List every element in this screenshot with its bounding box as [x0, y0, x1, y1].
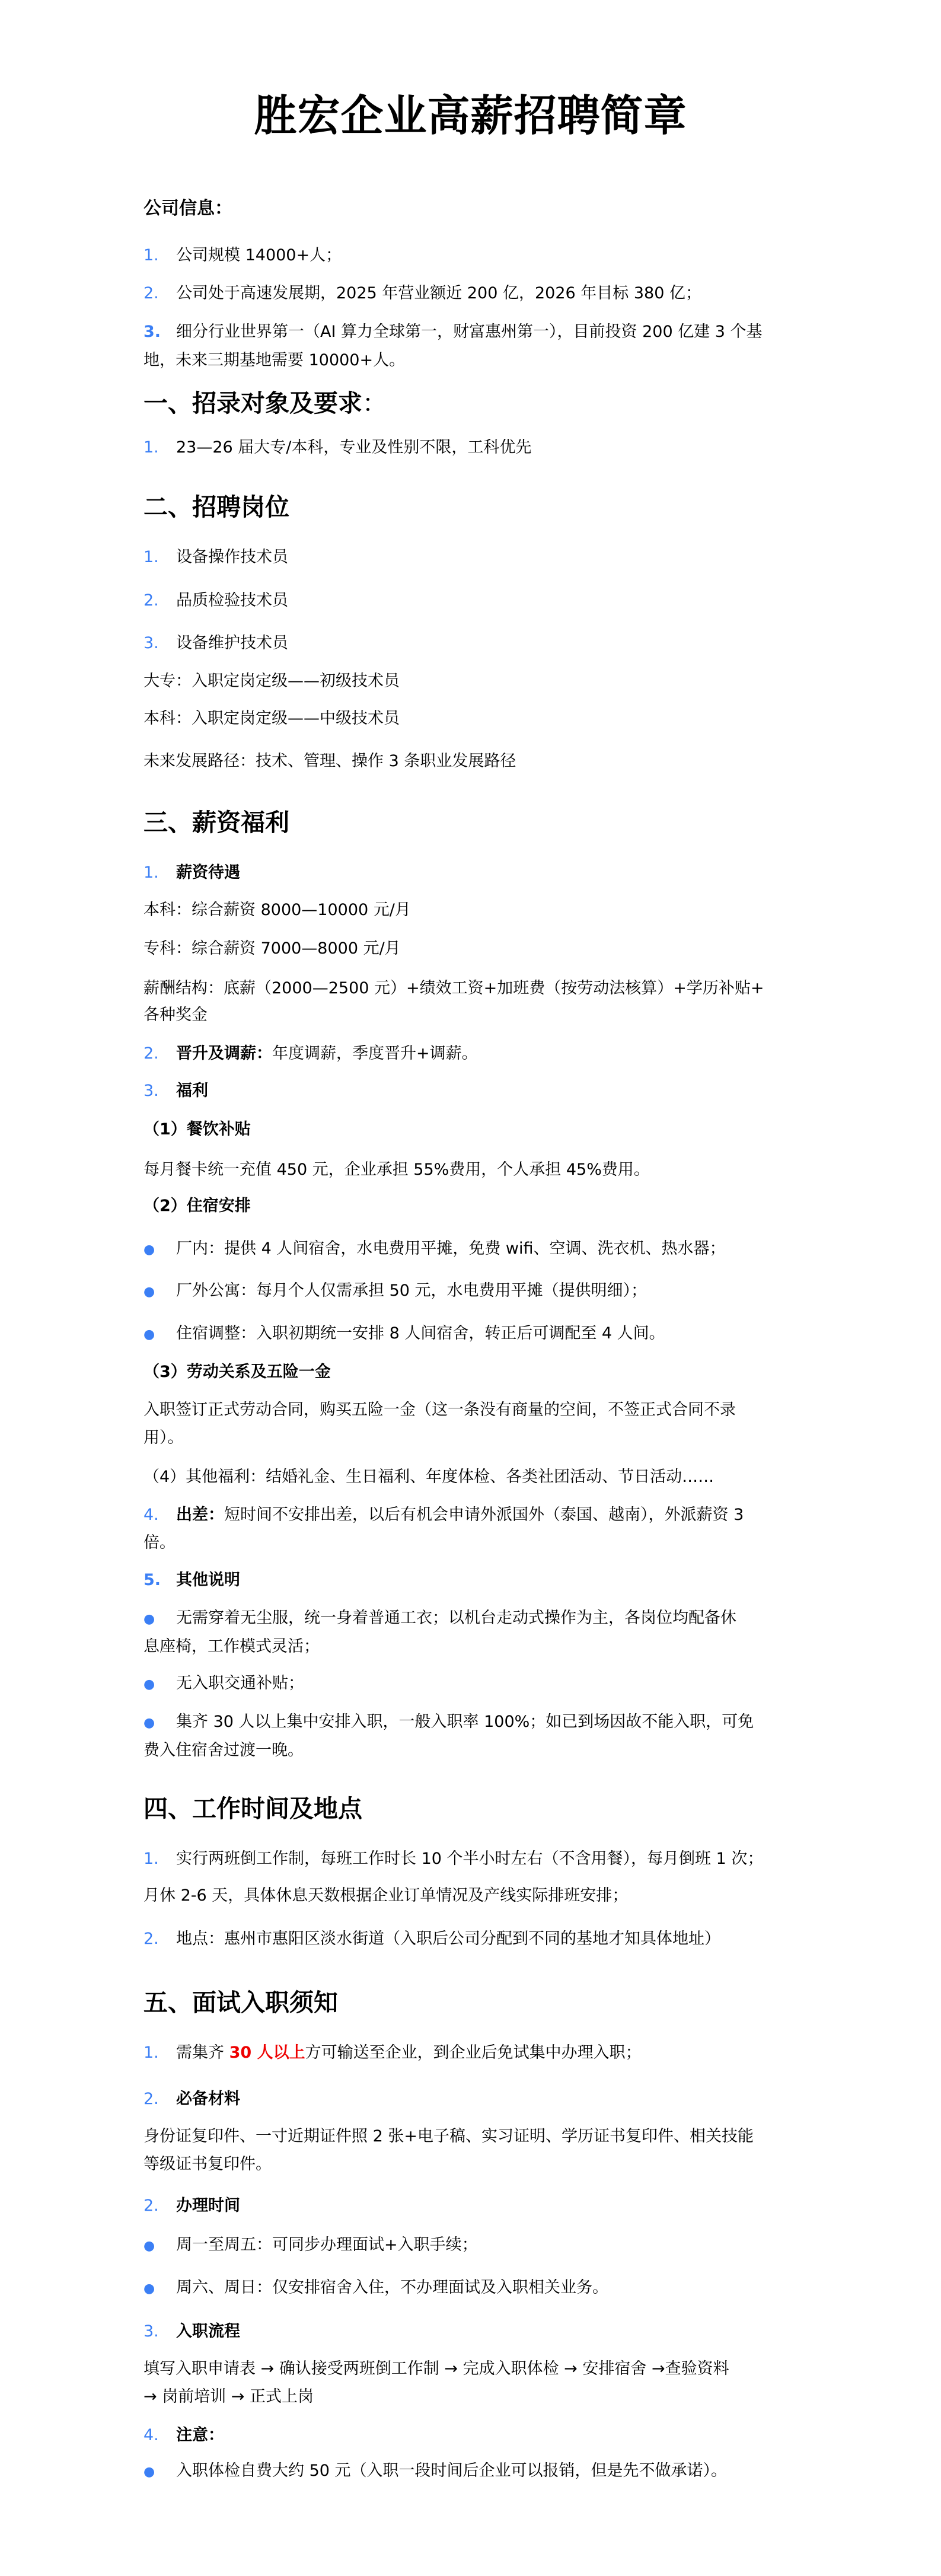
list-item-text: 短时间不安排出差，以后有机会申请外派国外（泰国、越南），外派薪资 3 — [224, 1506, 744, 1524]
list-item-text: 设备操作技术员 — [176, 548, 288, 566]
list-item-text: 设备维护技术员 — [176, 634, 288, 652]
bullet-icon: ● — [143, 1240, 176, 1260]
list-item: 2.办理时间 — [143, 2196, 240, 2216]
bullet-item: ●厂内：提供 4 人间宿舍，水电费用平摊，免费 wifi、空调、洗衣机、热水器； — [143, 1239, 726, 1260]
bullet-item: ●厂外公寓：每月个人仅需承担 50 元，水电费用平摊（提供明细）； — [143, 1281, 647, 1302]
list-item-continuation: 月休 2-6 天，具体休息天数根据企业订单情况及产线实际排班安排； — [143, 1886, 628, 1906]
list-item-text: 年度调薪，季度晋升+调薪。 — [272, 1044, 478, 1063]
bullet-icon: ● — [143, 1713, 176, 1733]
list-number: 2. — [143, 283, 176, 304]
bullet-text: 无需穿着无尘服，统一身着普通工衣；以机台走动式操作为主，各岗位均配备休 — [176, 1609, 736, 1627]
bullet-item: ●周一至周五：可同步办理面试+入职手续； — [143, 2235, 478, 2256]
list-number: 2. — [143, 591, 176, 611]
paragraph: 本科：入职定岗定级——中级技术员 — [143, 709, 400, 729]
list-item-title: 入职流程 — [176, 2322, 240, 2341]
sub-heading: （1）餐饮补贴 — [143, 1120, 251, 1140]
list-item-continuation: 地，未来三期基地需要 10000+人。 — [143, 350, 405, 371]
bullet-text: 厂内：提供 4 人间宿舍，水电费用平摊，免费 wifi、空调、洗衣机、热水器； — [176, 1239, 726, 1258]
section-heading-4: 四、工作时间及地点 — [143, 1794, 362, 1823]
list-item-title: 其他说明 — [176, 1571, 240, 1589]
bullet-icon: ● — [143, 2462, 176, 2482]
list-number: 1. — [143, 547, 176, 568]
sub-heading: （3）劳动关系及五险一金 — [143, 1362, 331, 1382]
paragraph: 大专：入职定岗定级——初级技术员 — [143, 671, 400, 691]
list-number: 2. — [143, 1929, 176, 1949]
bullet-text: 厂外公寓：每月个人仅需承担 50 元，水电费用平摊（提供明细）； — [176, 1281, 647, 1300]
list-number: 1. — [143, 246, 176, 266]
list-item-title: 办理时间 — [176, 2196, 240, 2215]
list-item: 3.细分行业世界第一（AI 算力全球第一，财富惠州第一），目前投资 200 亿建… — [143, 322, 763, 342]
list-item: 3.福利 — [143, 1081, 208, 1101]
list-item: 2.品质检验技术员 — [143, 591, 288, 611]
list-item: 1.公司规模 14000+人； — [143, 246, 342, 266]
section-heading-5: 五、面试入职须知 — [143, 1988, 338, 2017]
bullet-continuation: 费入住宿舍过渡一晚。 — [143, 1740, 304, 1761]
list-item-text: 公司处于高速发展期，2025 年营业额近 200 亿，2026 年目标 380 … — [176, 284, 701, 302]
paragraph: 未来发展路径：技术、管理、操作 3 条职业发展路径 — [143, 751, 516, 771]
list-item: 2.公司处于高速发展期，2025 年营业额近 200 亿，2026 年目标 38… — [143, 283, 701, 304]
paragraph-continuation: → 岗前培训 → 正式上岗 — [143, 2387, 314, 2407]
list-number: 2. — [143, 2196, 176, 2216]
bullet-item: ●周六、周日：仅安排宿舍入住，不办理面试及入职相关业务。 — [143, 2278, 608, 2299]
list-item: 1.需集齐 30 人以上方可输送至企业，到企业后免试集中办理入职； — [143, 2043, 642, 2063]
list-item-title: 出差： — [176, 1506, 224, 1524]
bullet-item: ●无入职交通补贴； — [143, 1673, 304, 1695]
section-heading-2: 二、招聘岗位 — [143, 492, 289, 522]
bullet-icon: ● — [143, 2279, 176, 2299]
list-number: 3. — [143, 1081, 176, 1101]
bullet-item: ●集齐 30 人以上集中安排入职，一般入职率 100%；如已到场因故不能入职，可… — [143, 1712, 754, 1733]
page-title: 胜宏企业高薪招聘简章 — [0, 89, 941, 142]
list-number: 4. — [143, 1505, 176, 1525]
list-item-title: 福利 — [176, 1082, 208, 1100]
list-number: 1. — [143, 1849, 176, 1869]
paragraph: 专科：综合薪资 7000—8000 元/月 — [143, 939, 401, 959]
list-item-title: 晋升及调薪： — [176, 1044, 272, 1063]
highlight-text: 30 人以上 — [229, 2043, 305, 2062]
bullet-continuation: 息座椅，工作模式灵活； — [143, 1637, 320, 1657]
list-item: 5.其他说明 — [143, 1570, 240, 1590]
list-item-title: 必备材料 — [176, 2090, 240, 2108]
paragraph-continuation: 用）。 — [143, 1428, 184, 1448]
list-number: 1. — [143, 863, 176, 883]
paragraph-continuation: 各种奖金 — [143, 1005, 208, 1025]
list-item: 4.出差：短时间不安排出差，以后有机会申请外派国外（泰国、越南），外派薪资 3 — [143, 1505, 744, 1525]
paragraph: 身份证复印件、一寸近期证件照 2 张+电子稿、实习证明、学历证书复印件、相关技能 — [143, 2127, 754, 2147]
list-item-text: 地点：惠州市惠阳区淡水街道（入职后公司分配到不同的基地才知具体地址） — [176, 1930, 720, 1948]
paragraph: 入职签订正式劳动合同，购买五险一金（这一条没有商量的空间，不签正式合同不录 — [143, 1400, 736, 1420]
list-item: 2.地点：惠州市惠阳区淡水街道（入职后公司分配到不同的基地才知具体地址） — [143, 1929, 720, 1949]
list-item: 1.薪资待遇 — [143, 863, 240, 883]
list-item: 2.必备材料 — [143, 2089, 240, 2109]
list-number: 5. — [143, 1570, 176, 1590]
heading-colon: ： — [362, 389, 387, 417]
bullet-text: 集齐 30 人以上集中安排入职，一般入职率 100%；如已到场因故不能入职，可免 — [176, 1713, 754, 1731]
list-item: 1.实行两班倒工作制，每班工作时长 10 个半小时左右（不含用餐），每月倒班 1… — [143, 1849, 763, 1869]
paragraph: 薪酬结构：底薪（2000—2500 元）+绩效工资+加班费（按劳动法核算）+学历… — [143, 978, 764, 999]
section-heading-3: 三、薪资福利 — [143, 808, 289, 837]
list-item-text: 方可输送至企业，到企业后免试集中办理入职； — [305, 2043, 642, 2062]
list-item: 3.设备维护技术员 — [143, 633, 288, 653]
list-number: 3. — [143, 633, 176, 653]
list-number: 1. — [143, 2043, 176, 2063]
list-item-text: 需集齐 — [176, 2043, 229, 2062]
bullet-item: ●无需穿着无尘服，统一身着普通工衣；以机台走动式操作为主，各岗位均配备休 — [143, 1608, 736, 1630]
list-item-continuation: 倍。 — [143, 1533, 176, 1553]
bullet-icon: ● — [143, 1675, 176, 1695]
list-number: 2. — [143, 2089, 176, 2109]
paragraph: 每月餐卡统一充值 450 元，企业承担 55%费用，个人承担 45%费用。 — [143, 1160, 650, 1180]
list-item-text: 公司规模 14000+人； — [176, 246, 342, 264]
list-number: 4. — [143, 2425, 176, 2446]
list-item-title: 薪资待遇 — [176, 863, 240, 882]
bullet-text: 周一至周五：可同步办理面试+入职手续； — [176, 2236, 478, 2254]
list-item-text: 23—26 届大专/本科，专业及性别不限，工科优先 — [176, 438, 531, 457]
bullet-icon: ● — [143, 2236, 176, 2256]
bullet-text: 住宿调整：入职初期统一安排 8 人间宿舍，转正后可调配至 4 人间。 — [176, 1324, 665, 1343]
bullet-icon: ● — [143, 1282, 176, 1302]
list-number: 3. — [143, 322, 176, 342]
paragraph: 本科：综合薪资 8000—10000 元/月 — [143, 900, 411, 920]
bullet-icon: ● — [143, 1325, 176, 1345]
list-item-text: 细分行业世界第一（AI 算力全球第一，财富惠州第一），目前投资 200 亿建 3… — [176, 323, 763, 341]
bullet-text: 周六、周日：仅安排宿舍入住，不办理面试及入职相关业务。 — [176, 2278, 608, 2297]
list-item: 1.23—26 届大专/本科，专业及性别不限，工科优先 — [143, 438, 531, 458]
bullet-item: ●入职体检自费大约 50 元（入职一段时间后企业可以报销，但是先不做承诺）。 — [143, 2461, 727, 2482]
list-number: 2. — [143, 1044, 176, 1064]
bullet-item: ●住宿调整：入职初期统一安排 8 人间宿舍，转正后可调配至 4 人间。 — [143, 1324, 665, 1345]
paragraph: 填写入职申请表 → 确认接受两班倒工作制 → 完成入职体检 → 安排宿舍 →查验… — [143, 2359, 729, 2379]
list-item-title: 注意： — [176, 2426, 224, 2444]
list-item-text: 实行两班倒工作制，每班工作时长 10 个半小时左右（不含用餐），每月倒班 1 次… — [176, 1850, 763, 1868]
list-item: 3.入职流程 — [143, 2322, 240, 2342]
bullet-text: 入职体检自费大约 50 元（入职一段时间后企业可以报销，但是先不做承诺）。 — [176, 2462, 727, 2480]
bullet-text: 无入职交通补贴； — [176, 1674, 304, 1692]
list-item: 2.晋升及调薪：年度调薪，季度晋升+调薪。 — [143, 1044, 478, 1064]
company-info-heading: 公司信息： — [143, 199, 232, 219]
heading-text: 一、招录对象及要求 — [143, 389, 362, 417]
bullet-icon: ● — [143, 1609, 176, 1630]
list-item-text: 品质检验技术员 — [176, 591, 288, 610]
list-item: 1.设备操作技术员 — [143, 547, 288, 568]
list-number: 1. — [143, 438, 176, 458]
paragraph: （4）其他福利：结婚礼金、生日福利、年度体检、各类社团活动、节日活动…… — [143, 1467, 714, 1487]
list-item: 4.注意： — [143, 2425, 224, 2446]
list-number: 3. — [143, 2322, 176, 2342]
paragraph-continuation: 等级证书复印件。 — [143, 2154, 272, 2175]
section-heading-1: 一、招录对象及要求： — [143, 388, 387, 418]
sub-heading: （2）住宿安排 — [143, 1196, 251, 1216]
